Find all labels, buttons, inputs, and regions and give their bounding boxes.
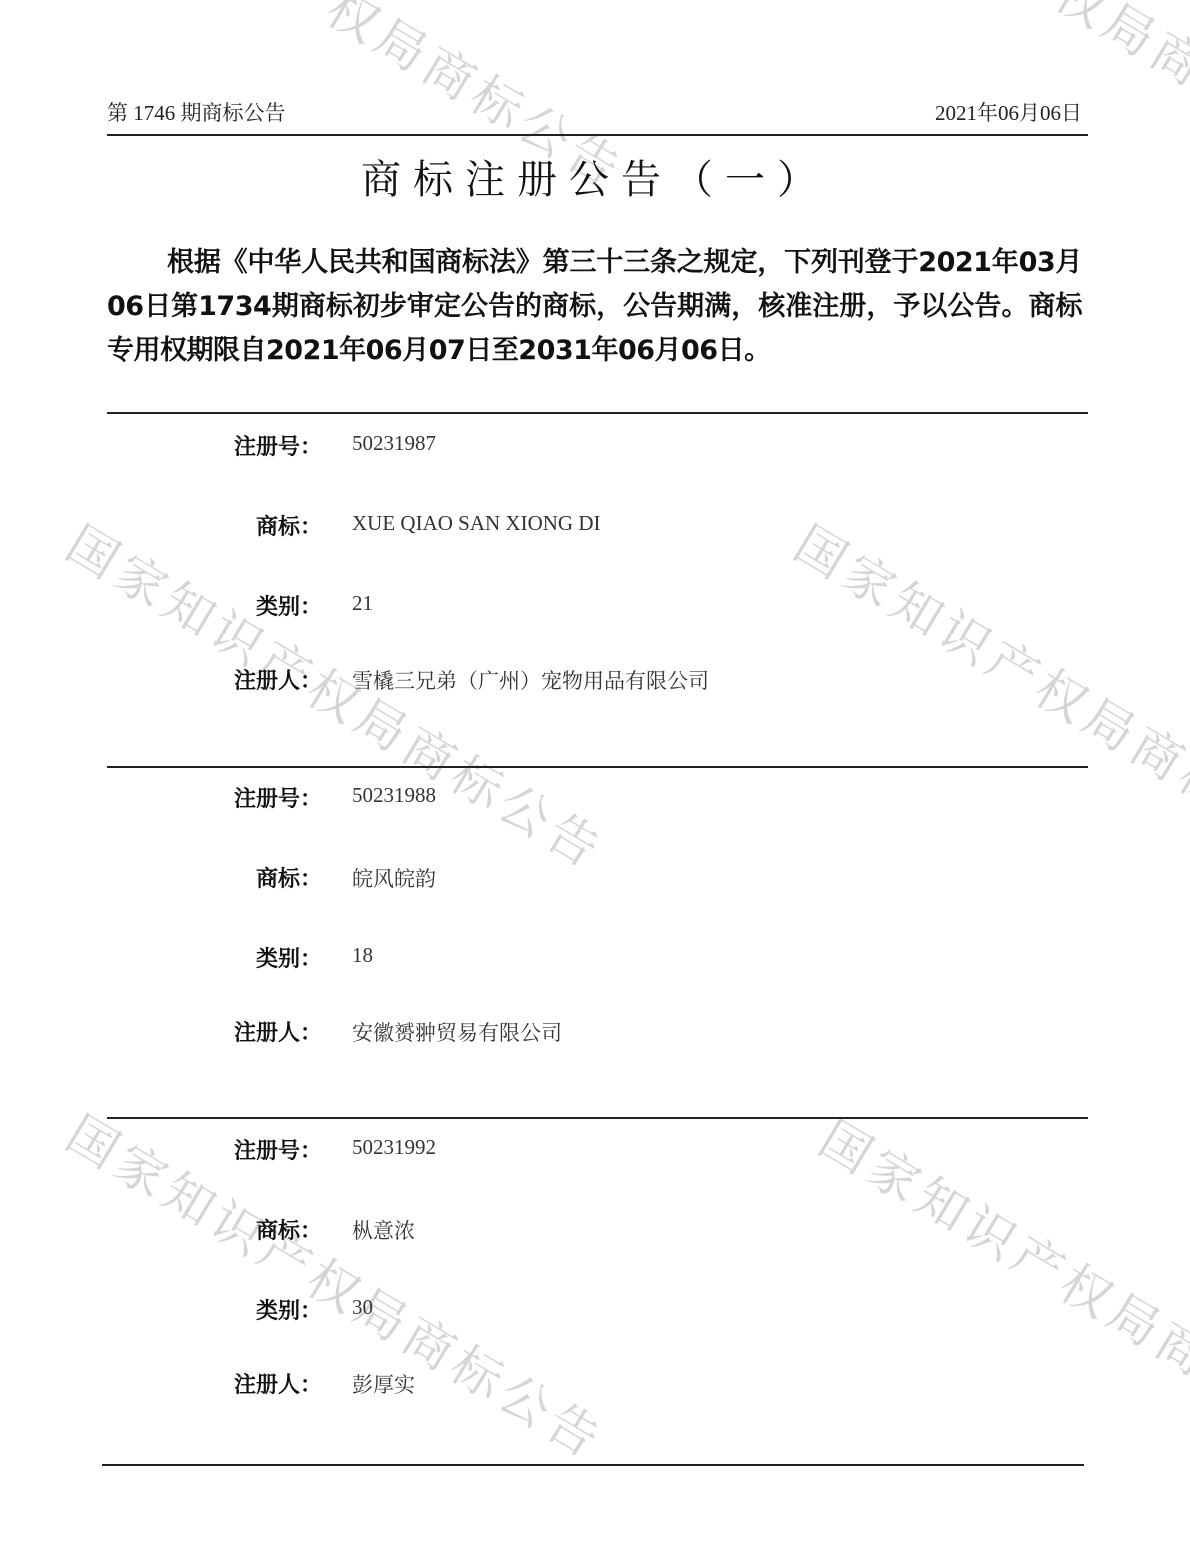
field-class: 类别： 30 bbox=[0, 1294, 1190, 1328]
class-value: 18 bbox=[352, 943, 373, 968]
registrant-label: 注册人： bbox=[234, 664, 322, 695]
reg-no-value: 50231992 bbox=[352, 1135, 436, 1160]
mark-label: 商标： bbox=[256, 862, 322, 893]
field-reg-no: 注册号： 50231992 bbox=[0, 1134, 1190, 1168]
registrant-label: 注册人： bbox=[234, 1368, 322, 1399]
issue-date: 2021年06月06日 bbox=[935, 97, 1082, 127]
class-label: 类别： bbox=[256, 590, 322, 621]
registrant-label: 注册人： bbox=[234, 1016, 322, 1047]
mark-value: 枞意浓 bbox=[352, 1215, 415, 1245]
field-mark: 商标： 皖风皖韵 bbox=[0, 862, 1190, 896]
class-label: 类别： bbox=[256, 1294, 322, 1325]
field-reg-no: 注册号： 50231987 bbox=[0, 430, 1190, 464]
header-divider bbox=[107, 134, 1088, 136]
reg-no-label: 注册号： bbox=[234, 1134, 322, 1165]
field-registrant: 注册人： 安徽赟翀贸易有限公司 bbox=[0, 1016, 1190, 1050]
registrant-value: 安徽赟翀贸易有限公司 bbox=[352, 1017, 562, 1047]
record-divider bbox=[107, 766, 1088, 768]
reg-no-value: 50231987 bbox=[352, 431, 436, 456]
record-divider bbox=[102, 1464, 1084, 1466]
field-registrant: 注册人： 雪橇三兄弟（广州）宠物用品有限公司 bbox=[0, 664, 1190, 698]
field-reg-no: 注册号： 50231988 bbox=[0, 782, 1190, 816]
reg-no-value: 50231988 bbox=[352, 783, 436, 808]
class-value: 21 bbox=[352, 591, 373, 616]
record-divider bbox=[107, 412, 1088, 414]
field-registrant: 注册人： 彭厚实 bbox=[0, 1368, 1190, 1402]
class-value: 30 bbox=[352, 1295, 373, 1320]
mark-value: XUE QIAO SAN XIONG DI bbox=[352, 511, 600, 536]
reg-no-label: 注册号： bbox=[234, 430, 322, 461]
mark-value: 皖风皖韵 bbox=[352, 863, 436, 893]
issue-number: 第 1746 期商标公告 bbox=[107, 97, 286, 127]
class-label: 类别： bbox=[256, 942, 322, 973]
field-mark: 商标： 枞意浓 bbox=[0, 1214, 1190, 1248]
page-title: 商标注册公告（一） bbox=[0, 148, 1190, 205]
record-divider bbox=[107, 1117, 1088, 1119]
reg-no-label: 注册号： bbox=[234, 782, 322, 813]
mark-label: 商标： bbox=[256, 1214, 322, 1245]
intro-paragraph: 根据《中华人民共和国商标法》第三十三条之规定，下列刊登于2021年03月06日第… bbox=[107, 241, 1082, 373]
registrant-value: 雪橇三兄弟（广州）宠物用品有限公司 bbox=[352, 665, 709, 695]
field-class: 类别： 18 bbox=[0, 942, 1190, 976]
field-mark: 商标： XUE QIAO SAN XIONG DI bbox=[0, 510, 1190, 544]
field-class: 类别： 21 bbox=[0, 590, 1190, 624]
mark-label: 商标： bbox=[256, 510, 322, 541]
registrant-value: 彭厚实 bbox=[352, 1369, 415, 1399]
